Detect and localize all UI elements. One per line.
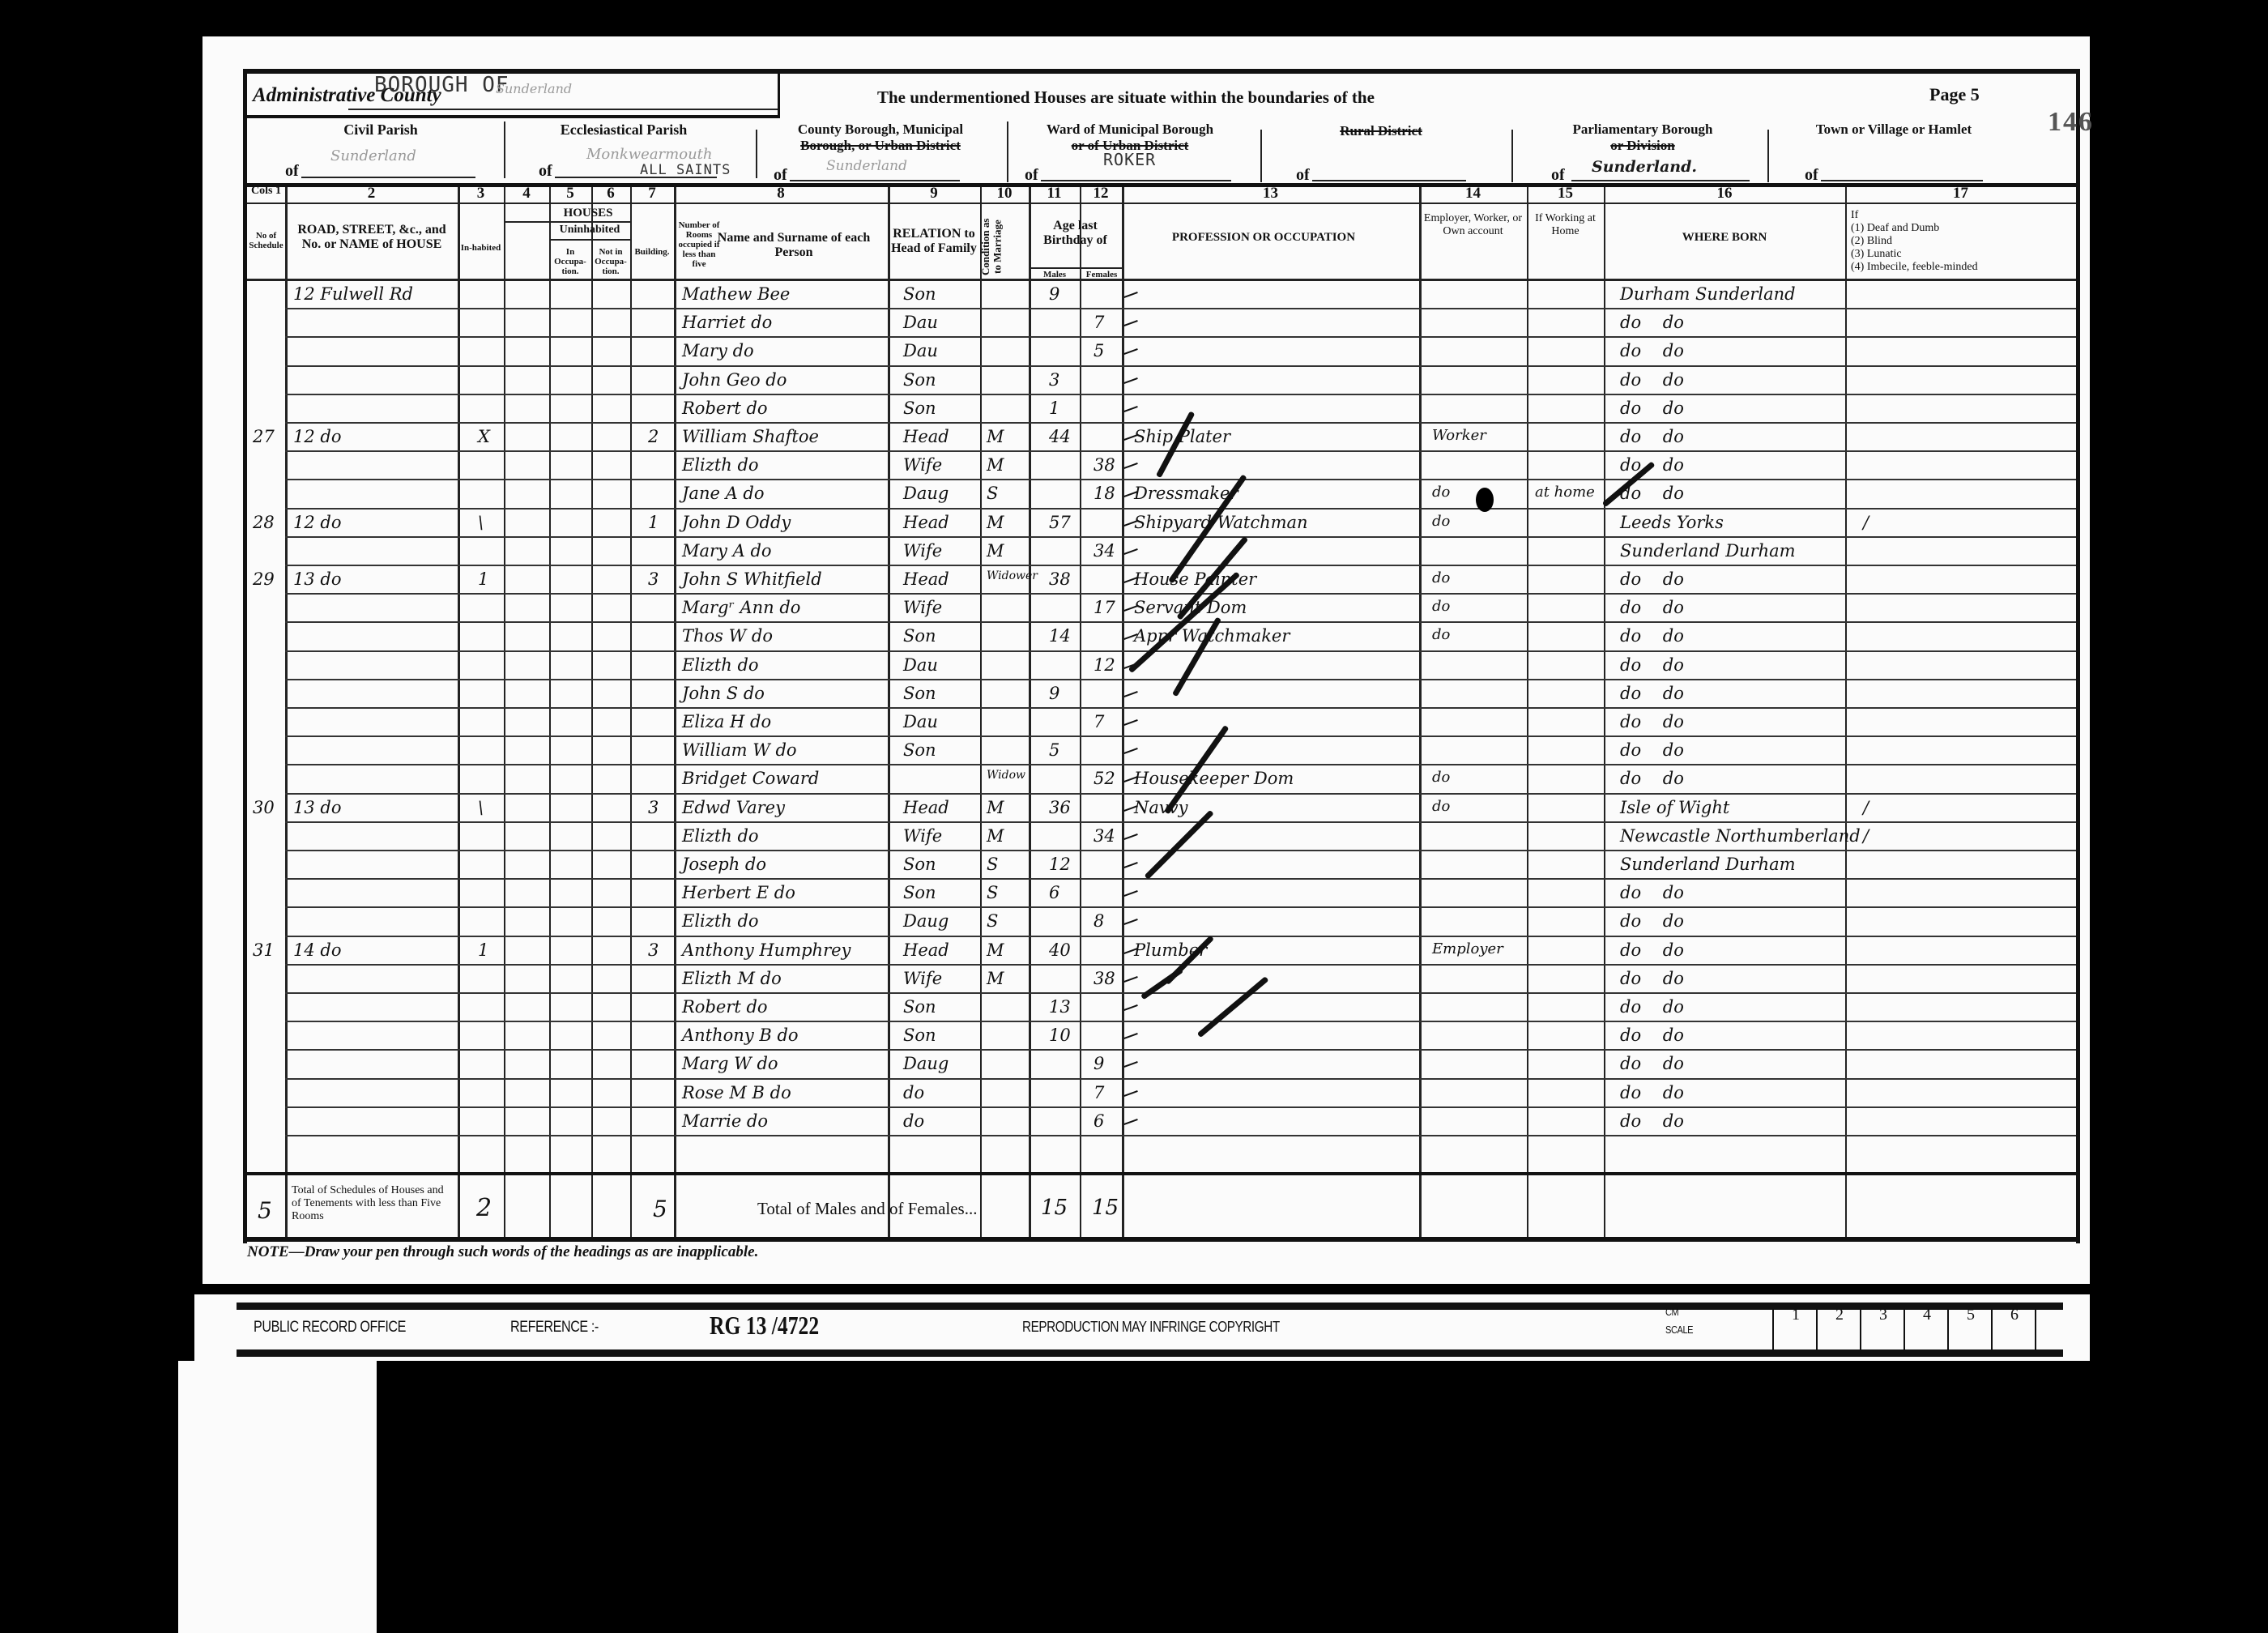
- cell-male-age: 44: [1049, 427, 1071, 446]
- cell-employer: do: [1432, 626, 1450, 643]
- scale-label: SCALE: [1665, 1324, 1693, 1336]
- header-age: Age last Birthday of: [1029, 219, 1122, 249]
- header-in-occupation: In Occupa-tion.: [551, 247, 590, 276]
- column-number: Cols 1: [247, 185, 285, 198]
- header-relation: RELATION to Head of Family: [888, 227, 980, 257]
- cell-female-age: 17: [1093, 598, 1115, 617]
- ecclesiastical-parish-label: Ecclesiastical Parish: [526, 122, 721, 139]
- cell-where-born: do do: [1620, 626, 1684, 646]
- ward-label: Ward of Municipal Borough: [1017, 122, 1243, 138]
- cell-relation: Daug: [903, 484, 949, 503]
- cell-female-age: 52: [1093, 769, 1115, 788]
- parliamentary-borough-label-struck: or Division: [1537, 138, 1748, 154]
- cell-name: John D Oddy: [682, 513, 791, 532]
- cell-name: Robert do: [682, 997, 768, 1017]
- cell-name: Margʳ Ann do: [682, 598, 800, 617]
- cell-relation: Head: [903, 569, 949, 589]
- cell-male-age: 12: [1049, 855, 1071, 874]
- cell-infirmity: /: [1863, 798, 1869, 817]
- cell-schedule: 30: [253, 798, 275, 817]
- cell-address: 12 Fulwell Rd: [293, 284, 413, 304]
- cell-rooms: 2: [648, 427, 659, 446]
- borough-stamp: BOROUGH OF: [374, 73, 509, 97]
- right-border: [2076, 69, 2080, 1243]
- cell-rooms: 1: [648, 513, 659, 532]
- cell-schedule: 27: [253, 427, 275, 446]
- header-at-home: If Working at Home: [1527, 212, 1604, 238]
- cell-condition: M: [987, 940, 1004, 960]
- cell-relation: Daug: [903, 911, 949, 931]
- column-number: 6: [591, 185, 630, 203]
- total-schedules: 5: [258, 1197, 272, 1224]
- cell-name: Harriet do: [682, 313, 772, 332]
- table-row: [247, 1080, 2076, 1108]
- cell-relation: Dau: [903, 655, 938, 675]
- cell-inhabited: 1: [478, 940, 488, 960]
- table-row: [247, 680, 2076, 709]
- cell-condition: M: [987, 455, 1004, 475]
- underline: [1041, 180, 1231, 181]
- column-number-divider: [247, 203, 2076, 204]
- cell-male-age: 57: [1049, 513, 1071, 532]
- cell-condition: M: [987, 826, 1004, 846]
- note-text: NOTE—Draw your pen through such words of…: [247, 1243, 758, 1261]
- cell-female-age: 38: [1093, 969, 1115, 988]
- cell-where-born: do do: [1620, 911, 1684, 931]
- table-row: [247, 538, 2076, 566]
- cell-female-age: 38: [1093, 455, 1115, 475]
- cell-where-born: do do: [1620, 569, 1684, 589]
- header-uninhabited: Uninhabited: [549, 224, 630, 237]
- cell-name: Edwd Varey: [682, 798, 785, 817]
- cell-rooms: 3: [648, 940, 659, 960]
- cell-address: 12 do: [293, 513, 341, 532]
- cell-relation: do: [903, 1083, 924, 1102]
- cell-employer: Worker: [1432, 427, 1486, 444]
- cell-relation: Son: [903, 399, 936, 418]
- footer-bar-bottom: [237, 1349, 2063, 1357]
- underline: [1312, 180, 1466, 181]
- bottom-border: [243, 1237, 2080, 1242]
- table-row: [247, 338, 2076, 366]
- cell-relation: Head: [903, 940, 949, 960]
- totals-schedules-label: Total of Schedules of Houses and of Tene…: [292, 1184, 450, 1223]
- table-row: [247, 1022, 2076, 1051]
- divider: [1511, 130, 1513, 182]
- cell-name: Marrie do: [682, 1111, 768, 1131]
- divider: [756, 130, 757, 178]
- cell-schedule: 31: [253, 940, 275, 960]
- column-number: 9: [888, 185, 980, 203]
- cell-condition: S: [987, 484, 998, 503]
- cell-occupation: Navvy: [1134, 798, 1188, 817]
- totals-top-line: [247, 1172, 2076, 1175]
- of-label: of: [774, 166, 787, 185]
- cell-female-age: 12: [1093, 655, 1115, 675]
- cell-where-born: Isle of Wight: [1620, 798, 1729, 817]
- civil-parish-label: Civil Parish: [324, 122, 437, 139]
- copyright-notice: REPRODUCTION MAY INFRINGE COPYRIGHT: [1022, 1319, 1280, 1336]
- cell-where-born: do do: [1620, 1083, 1684, 1102]
- cell-male-age: 3: [1049, 370, 1059, 390]
- cell-name: Elizth do: [682, 911, 759, 931]
- cell-where-born: do do: [1620, 1111, 1684, 1131]
- table-row: [247, 1108, 2076, 1136]
- box-line: [778, 73, 780, 118]
- ecclesiastical-parish-value: Monkwearmouth: [586, 146, 713, 163]
- header-employer: Employer, Worker, or Own account: [1419, 212, 1527, 238]
- cell-where-born: Sunderland Durham: [1620, 541, 1796, 561]
- cell-inhabited: \: [478, 513, 484, 532]
- cell-address: 12 do: [293, 427, 341, 446]
- cell-relation: Son: [903, 1025, 936, 1045]
- cell-where-born: do do: [1620, 655, 1684, 675]
- cell-name: John S Whitfield: [682, 569, 822, 589]
- cell-condition: M: [987, 541, 1004, 561]
- column-number: 15: [1527, 185, 1604, 203]
- column-number: 11: [1029, 185, 1080, 203]
- cell-female-age: 5: [1093, 341, 1104, 360]
- header-occupation: PROFESSION OR OCCUPATION: [1126, 231, 1401, 245]
- cell-where-born: do do: [1620, 427, 1684, 446]
- cell-inhabited: X: [478, 427, 490, 446]
- cell-condition: S: [987, 883, 998, 902]
- cell-relation: Son: [903, 883, 936, 902]
- of-label: of: [1025, 166, 1038, 185]
- county-borough-label-1: County Borough, Municipal: [798, 122, 963, 137]
- column-number: 5: [549, 185, 591, 203]
- administrative-county-value: Sunderland: [496, 81, 572, 96]
- table-row: [247, 709, 2076, 737]
- scale-mark: 2: [1816, 1306, 1861, 1350]
- scale-mark: 6: [1991, 1306, 2036, 1350]
- row-rule: [285, 1135, 2076, 1136]
- cell-male-age: 1: [1049, 399, 1059, 418]
- cell-male-age: 14: [1049, 626, 1071, 646]
- cell-where-born: do do: [1620, 1054, 1684, 1073]
- cell-name: Jane A do: [682, 484, 765, 503]
- header-schedule: No of Schedule: [247, 231, 285, 250]
- column-number: 8: [674, 185, 888, 203]
- cell-employer: do: [1432, 513, 1450, 530]
- of-label: of: [539, 162, 552, 181]
- town-label: Town or Village or Hamlet: [1797, 122, 1991, 138]
- cell-relation: Son: [903, 370, 936, 390]
- cell-infirmity: /: [1863, 826, 1869, 846]
- cell-relation: Head: [903, 513, 949, 532]
- total-males: 15: [1041, 1196, 1068, 1220]
- table-row: [247, 880, 2076, 908]
- cell-relation: Son: [903, 626, 936, 646]
- cell-where-born: do do: [1620, 399, 1684, 418]
- column-number: 16: [1604, 185, 1845, 203]
- table-row: [247, 281, 2076, 309]
- cell-name: William W do: [682, 740, 797, 760]
- scale-mark: 1: [1772, 1306, 1818, 1350]
- cell-rooms: 3: [648, 798, 659, 817]
- cell-occupation: Dressmaker: [1134, 484, 1238, 503]
- cell-condition: M: [987, 427, 1004, 446]
- cell-address: 13 do: [293, 798, 341, 817]
- cell-relation: Son: [903, 997, 936, 1017]
- cell-relation: Son: [903, 855, 936, 874]
- underline: [301, 177, 475, 178]
- divider: [504, 122, 505, 178]
- cell-where-born: do do: [1620, 684, 1684, 703]
- cell-name: Bridget Coward: [682, 769, 819, 788]
- cell-at-home: at home: [1535, 484, 1595, 501]
- county-borough-value: Sunderland: [826, 158, 907, 174]
- cell-name: John Geo do: [682, 370, 787, 390]
- scale-mark: 3: [1860, 1306, 1905, 1350]
- reference-label: REFERENCE :-: [510, 1319, 599, 1337]
- cell-male-age: 6: [1049, 883, 1059, 902]
- cell-female-age: 34: [1093, 541, 1115, 561]
- cell-employer: do: [1432, 798, 1450, 815]
- cell-where-born: do do: [1620, 740, 1684, 760]
- cell-employer: do: [1432, 598, 1450, 615]
- cell-schedule: 28: [253, 513, 275, 532]
- underline: [555, 177, 717, 178]
- cell-relation: Wife: [903, 455, 942, 475]
- scale-mark: 5: [1947, 1306, 1993, 1350]
- cell-male-age: 9: [1049, 284, 1059, 304]
- underline: [348, 109, 778, 110]
- scale-label-cm: CM: [1665, 1306, 1678, 1318]
- divider: [1767, 130, 1769, 182]
- cell-employer: do: [1432, 769, 1450, 786]
- header-not-in-occupation: Not in Occupa-tion.: [592, 247, 629, 276]
- cell-address: 13 do: [293, 569, 341, 589]
- cell-condition: Widower: [987, 569, 1038, 582]
- cell-male-age: 9: [1049, 684, 1059, 703]
- cell-where-born: do do: [1620, 769, 1684, 788]
- cell-where-born: do do: [1620, 341, 1684, 360]
- cell-male-age: 13: [1049, 997, 1071, 1017]
- total-inhabited: 2: [476, 1194, 492, 1222]
- header-road: ROAD, STREET, &c., and No. or NAME of HO…: [288, 223, 456, 253]
- cell-occupation: Shipyard Watchman: [1134, 513, 1308, 532]
- cell-inhabited: 1: [478, 569, 488, 589]
- cell-female-age: 7: [1093, 712, 1104, 731]
- cell-relation: Head: [903, 427, 949, 446]
- scale-end: [2035, 1306, 2038, 1350]
- ink-blot: [1476, 488, 1494, 512]
- header-name: Name and Surname of each Person: [713, 231, 875, 261]
- cell-relation: Daug: [903, 1054, 949, 1073]
- cell-address: 14 do: [293, 940, 341, 960]
- cell-name: Joseph do: [682, 855, 766, 874]
- cell-where-born: Durham Sunderland: [1620, 284, 1796, 304]
- cell-name: Eliza H do: [682, 712, 771, 731]
- cell-male-age: 5: [1049, 740, 1059, 760]
- table-row: [247, 994, 2076, 1022]
- column-number: 7: [630, 185, 674, 203]
- ward-value: ROKER: [1103, 150, 1156, 169]
- cell-employer: Employer: [1432, 940, 1503, 957]
- cell-where-born: Sunderland Durham: [1620, 855, 1796, 874]
- cell-relation: Dau: [903, 712, 938, 731]
- column-number: 4: [504, 185, 549, 203]
- cell-where-born: do do: [1620, 370, 1684, 390]
- cell-name: Mary A do: [682, 541, 772, 561]
- cell-relation: Wife: [903, 598, 942, 617]
- cell-relation: Son: [903, 740, 936, 760]
- header-where-born: WHERE BORN: [1604, 231, 1845, 245]
- cell-male-age: 38: [1049, 569, 1071, 589]
- column-number: 17: [1845, 185, 2076, 203]
- cell-name: Elizth do: [682, 655, 759, 675]
- cell-name: Marg W do: [682, 1054, 778, 1073]
- cell-infirmity: /: [1863, 513, 1869, 532]
- cell-female-age: 18: [1093, 484, 1115, 503]
- header-condition: Condition as to Marriage: [980, 215, 1029, 279]
- county-borough-label-struck: Borough, or Urban District: [771, 138, 990, 154]
- cell-condition: S: [987, 855, 998, 874]
- age-divider: [1029, 267, 1122, 269]
- parliamentary-borough-label: Parliamentary Borough: [1537, 122, 1748, 138]
- archive-footer: PUBLIC RECORD OFFICE REFERENCE :- RG 13 …: [194, 1294, 2090, 1361]
- cell-relation: Son: [903, 284, 936, 304]
- table-row: [247, 395, 2076, 424]
- parliamentary-borough-value: Sunderland.: [1592, 158, 1697, 176]
- header-houses: HOUSES: [504, 207, 672, 220]
- table-row: [247, 737, 2076, 765]
- cell-inhabited: \: [478, 798, 484, 817]
- record-office-label: PUBLIC RECORD OFFICE: [254, 1319, 406, 1337]
- cell-occupation: Housekeeper Dom: [1134, 769, 1294, 788]
- page-edge-strip: [178, 1361, 377, 1633]
- uninhabited-divider: [549, 239, 630, 241]
- cell-female-age: 34: [1093, 826, 1115, 846]
- rural-district-label: Rural District: [1304, 123, 1458, 139]
- table-row: [247, 652, 2076, 680]
- cell-employer: do: [1432, 569, 1450, 586]
- cell-where-born: do do: [1620, 313, 1684, 332]
- total-females: 15: [1092, 1196, 1119, 1220]
- underline: [1571, 180, 1750, 181]
- cell-rooms: 3: [648, 569, 659, 589]
- cell-name: Elizth M do: [682, 969, 782, 988]
- cell-schedule: 29: [253, 569, 275, 589]
- cell-where-born: do do: [1620, 712, 1684, 731]
- cell-male-age: 40: [1049, 940, 1071, 960]
- cell-name: Anthony Humphrey: [682, 940, 850, 960]
- cell-relation: Head: [903, 798, 949, 817]
- cell-relation: Wife: [903, 826, 942, 846]
- divider: [1260, 130, 1262, 182]
- cell-name: Mary do: [682, 341, 754, 360]
- cell-where-born: do do: [1620, 997, 1684, 1017]
- page-number: Page 5: [1929, 84, 1980, 105]
- table-row: [247, 309, 2076, 338]
- cell-where-born: Newcastle Northumberland: [1620, 826, 1861, 846]
- ecclesiastical-parish-stamp: ALL SAINTS: [640, 162, 731, 178]
- cell-condition: Widow: [987, 769, 1025, 782]
- divider: [1007, 122, 1008, 182]
- column-number: 12: [1080, 185, 1122, 203]
- cell-female-age: 6: [1093, 1111, 1104, 1131]
- scale-mark: 4: [1904, 1306, 1949, 1350]
- cell-male-age: 10: [1049, 1025, 1071, 1045]
- cell-relation: Dau: [903, 313, 938, 332]
- civil-parish-value: Sunderland: [330, 147, 416, 164]
- underline: [790, 180, 960, 181]
- reference-number: RG 13 /4722: [710, 1311, 819, 1341]
- header-inhabited: In-habited: [458, 243, 504, 253]
- cell-male-age: 36: [1049, 798, 1071, 817]
- folio-number: 146: [2048, 107, 2094, 138]
- table-row: [247, 908, 2076, 936]
- column-number: 14: [1419, 185, 1527, 203]
- total-males-females-label: Total of Males and of Females...: [757, 1199, 977, 1219]
- houses-divider: [504, 221, 630, 223]
- cell-condition: M: [987, 513, 1004, 532]
- cell-relation: do: [903, 1111, 924, 1131]
- cell-name: Anthony B do: [682, 1025, 799, 1045]
- cell-where-born: Leeds Yorks: [1620, 513, 1724, 532]
- cell-relation: Wife: [903, 541, 942, 561]
- cell-name: Herbert E do: [682, 883, 795, 902]
- cell-where-born: do do: [1620, 1025, 1684, 1045]
- cell-name: Robert do: [682, 399, 768, 418]
- underline: [1821, 180, 1983, 181]
- of-label: of: [1805, 166, 1818, 185]
- cell-relation: Dau: [903, 341, 938, 360]
- cell-condition: S: [987, 911, 998, 931]
- cell-female-age: 9: [1093, 1054, 1104, 1073]
- cell-name: John S do: [682, 684, 765, 703]
- cell-where-born: do do: [1620, 969, 1684, 988]
- cell-condition: M: [987, 798, 1004, 817]
- total-rooms: 5: [653, 1196, 667, 1222]
- column-number: 10: [980, 185, 1029, 203]
- cell-where-born: do do: [1620, 940, 1684, 960]
- cell-name: Elizth do: [682, 455, 759, 475]
- column-number: 13: [1122, 185, 1419, 203]
- cell-employer: do: [1432, 484, 1450, 501]
- table-row: [247, 367, 2076, 395]
- cell-where-born: do do: [1620, 598, 1684, 617]
- cell-name: William Shaftoe: [682, 427, 819, 446]
- cell-name: Rose M B do: [682, 1083, 791, 1102]
- column-number: 2: [285, 185, 458, 203]
- of-label: of: [285, 162, 299, 181]
- cell-where-born: do do: [1620, 883, 1684, 902]
- box-line: [247, 115, 779, 118]
- cell-name: Thos W do: [682, 626, 773, 646]
- header-building: Building.: [630, 247, 674, 257]
- county-borough-label: County Borough, Municipal: [771, 122, 990, 138]
- cell-name: Mathew Bee: [682, 284, 790, 304]
- page-title: The undermentioned Houses are situate wi…: [877, 87, 1375, 108]
- cell-female-age: 7: [1093, 313, 1104, 332]
- cell-occupation: House Painter: [1134, 569, 1256, 589]
- top-border: [243, 69, 2080, 74]
- table-row: [247, 1051, 2076, 1079]
- cell-female-age: 8: [1093, 911, 1104, 931]
- header-infirmity: If (1) Deaf and Dumb (2) Blind (3) Lunat…: [1851, 209, 2070, 274]
- cell-relation: Son: [903, 684, 936, 703]
- cell-relation: Wife: [903, 969, 942, 988]
- column-number: 3: [458, 185, 504, 203]
- cell-female-age: 7: [1093, 1083, 1104, 1102]
- of-label: of: [1296, 166, 1310, 185]
- cell-name: Elizth do: [682, 826, 759, 846]
- of-label: of: [1551, 166, 1565, 185]
- cell-condition: M: [987, 969, 1004, 988]
